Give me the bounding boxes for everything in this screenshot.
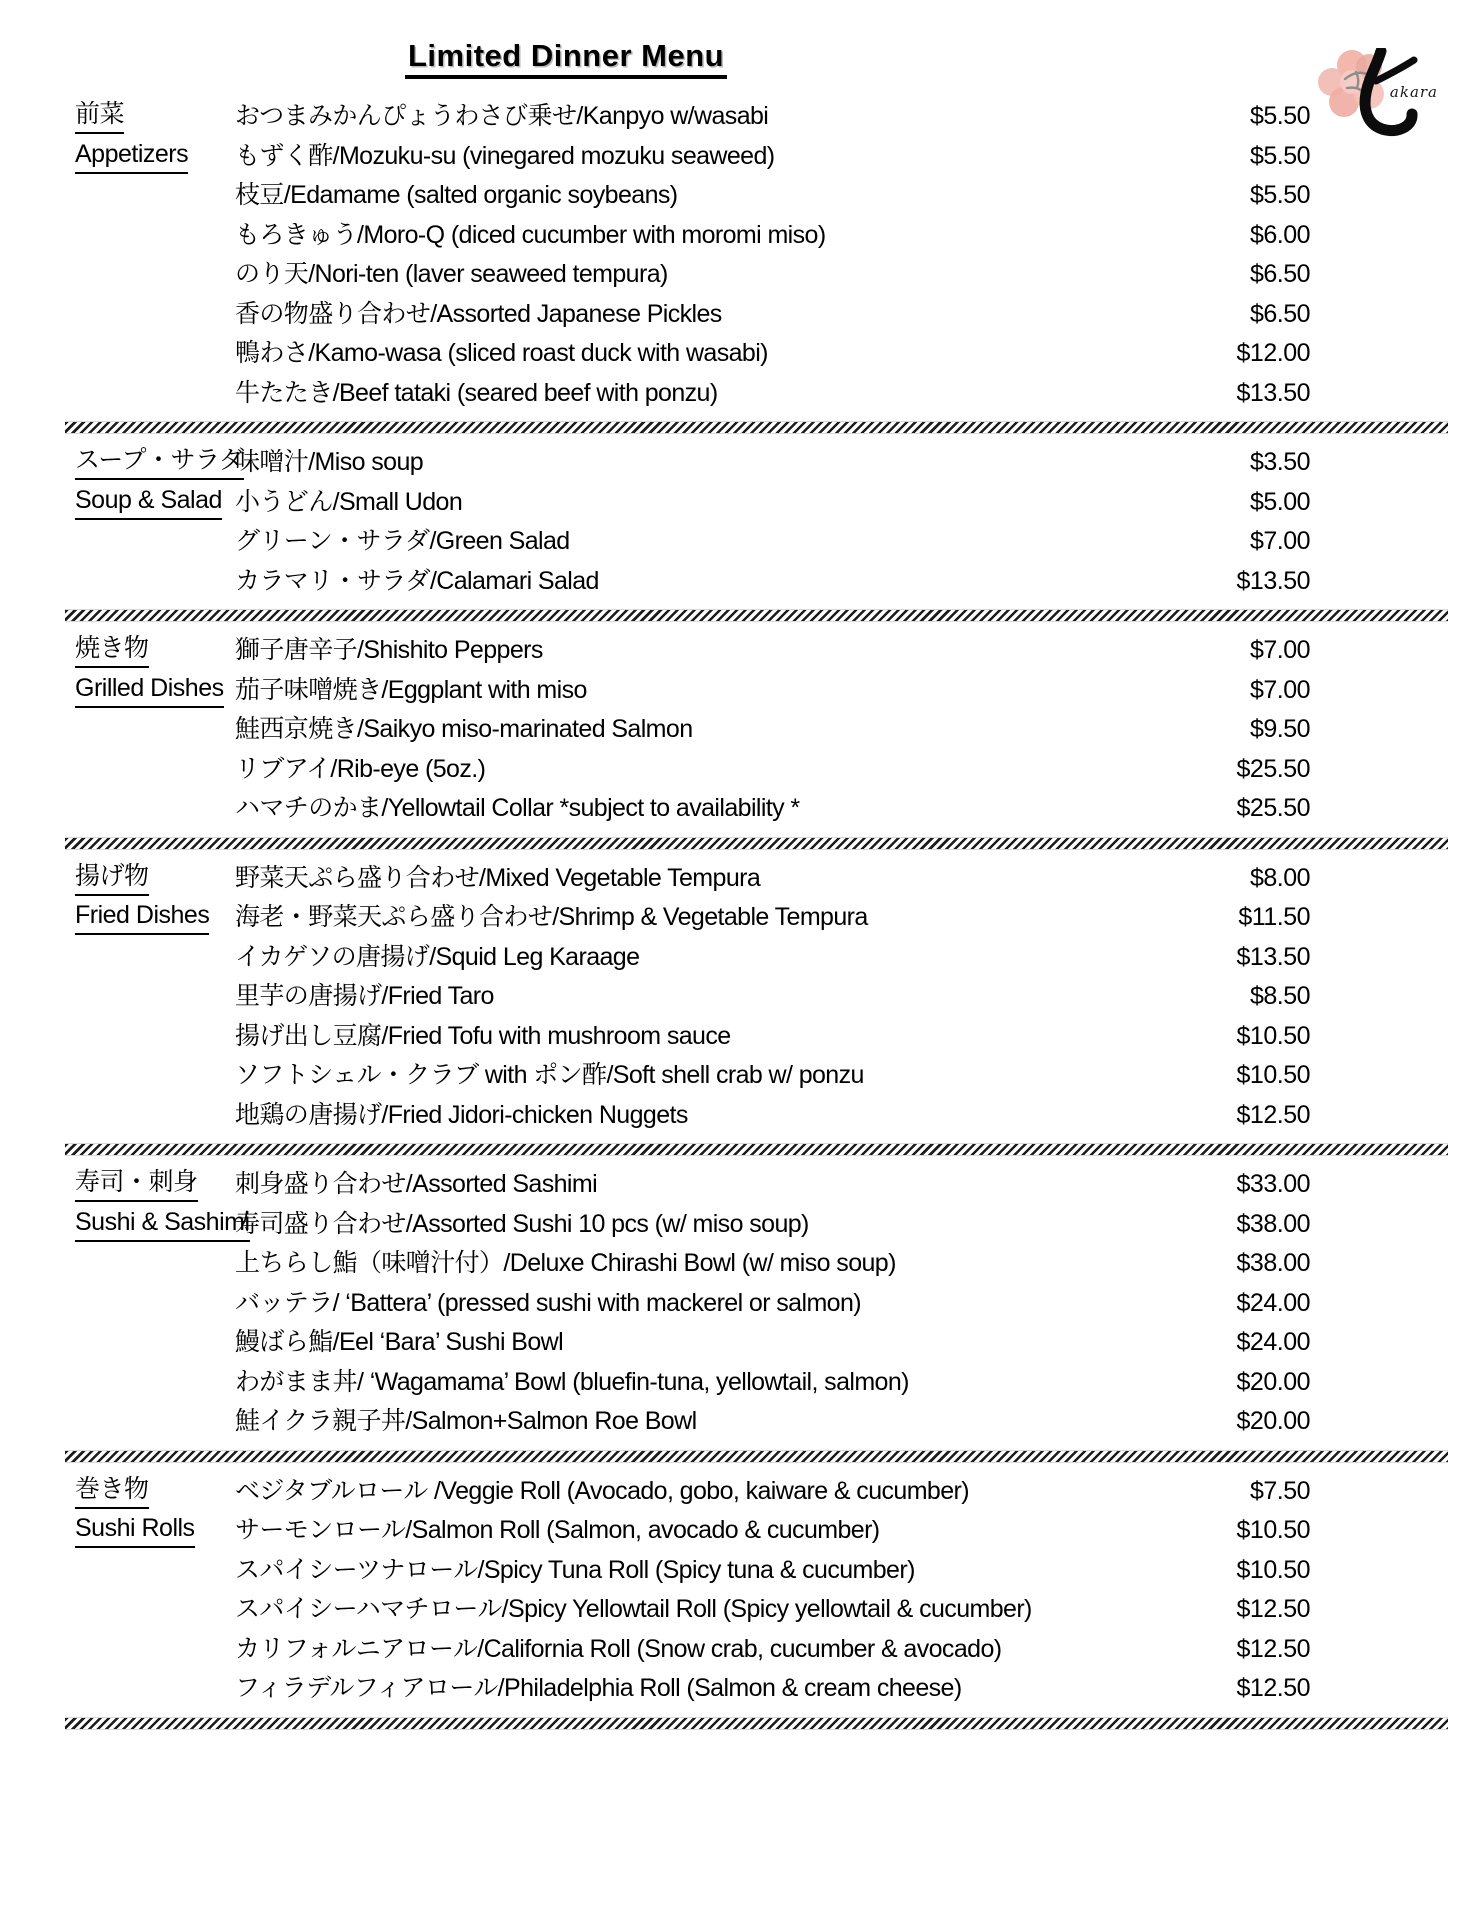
item-name: のり天/Nori-ten (laver seaweed tempura)	[235, 255, 1198, 295]
menu-item-row: カリフォルニアロール/California Roll (Snow crab, c…	[235, 1630, 1448, 1670]
section-divider	[65, 1450, 1448, 1463]
item-price: $6.00	[1198, 216, 1310, 256]
section-divider	[65, 1717, 1448, 1730]
item-price: $24.00	[1198, 1323, 1310, 1363]
item-name: スパイシーツナロール/Spicy Tuna Roll (Spicy tuna &…	[235, 1551, 1198, 1591]
menu-item-row: 鴨わさ/Kamo-wasa (sliced roast duck with wa…	[235, 334, 1448, 374]
item-name: サーモンロール/Salmon Roll (Salmon, avocado & c…	[235, 1511, 1198, 1551]
item-price: $5.00	[1198, 483, 1310, 523]
item-name: 里芋の唐揚げ/Fried Taro	[235, 977, 1198, 1017]
menu-sections: 前菜Appetizersおつまみかんぴょうわさび乗せ/Kanpyo w/wasa…	[65, 97, 1448, 1730]
menu-item-row: サーモンロール/Salmon Roll (Salmon, avocado & c…	[235, 1511, 1448, 1551]
item-price: $7.00	[1198, 671, 1310, 711]
menu-item-row: 里芋の唐揚げ/Fried Taro$8.50	[235, 977, 1448, 1017]
item-price: $38.00	[1198, 1244, 1310, 1284]
item-name: 牛たたき/Beef tataki (seared beef with ponzu…	[235, 374, 1198, 414]
section-label: 揚げ物Fried Dishes	[65, 859, 235, 938]
item-name: 茄子味噌焼き/Eggplant with miso	[235, 671, 1198, 711]
menu-item-row: 鰻ばら鮨/Eel ‘Bara’ Sushi Bowl$24.00	[235, 1323, 1448, 1363]
item-price: $7.00	[1198, 522, 1310, 562]
item-name: フィラデルフィアロール/Philadelphia Roll (Salmon & …	[235, 1669, 1198, 1709]
menu-item-row: 味噌汁/Miso soup$3.50	[235, 443, 1448, 483]
item-name: ハマチのかま/Yellowtail Collar *subject to ava…	[235, 789, 1198, 829]
menu-section-soup-salad: スープ・サラダSoup & Salad味噌汁/Miso soup$3.50小うど…	[65, 443, 1448, 601]
header: Limited Dinner Menu	[65, 38, 1448, 88]
menu-item-row: リブアイ/Rib-eye (5oz.)$25.50	[235, 750, 1448, 790]
item-price: $25.50	[1198, 750, 1310, 790]
menu-item-row: のり天/Nori-ten (laver seaweed tempura)$6.5…	[235, 255, 1448, 295]
menu-section-appetizers: 前菜Appetizersおつまみかんぴょうわさび乗せ/Kanpyo w/wasa…	[65, 97, 1448, 413]
item-price: $24.00	[1198, 1284, 1310, 1324]
section-items: 野菜天ぷら盛り合わせ/Mixed Vegetable Tempura$8.00海…	[235, 859, 1448, 1136]
item-name: 鰻ばら鮨/Eel ‘Bara’ Sushi Bowl	[235, 1323, 1198, 1363]
menu-item-row: イカゲソの唐揚げ/Squid Leg Karaage$13.50	[235, 938, 1448, 978]
item-price: $25.50	[1198, 789, 1310, 829]
item-name: ソフトシェル・クラブ with ポン酢/Soft shell crab w/ p…	[235, 1056, 1198, 1096]
menu-item-row: 刺身盛り合わせ/Assorted Sashimi$33.00	[235, 1165, 1448, 1205]
item-name: スパイシーハマチロール/Spicy Yellowtail Roll (Spicy…	[235, 1590, 1198, 1630]
section-label: 巻き物Sushi Rolls	[65, 1472, 235, 1551]
item-name: もろきゅう/Moro-Q (diced cucumber with moromi…	[235, 216, 1198, 256]
menu-item-row: 茄子味噌焼き/Eggplant with miso$7.00	[235, 671, 1448, 711]
item-name: 獅子唐辛子/Shishito Peppers	[235, 631, 1198, 671]
section-label-en: Grilled Dishes	[75, 671, 224, 708]
section-label-en: Appetizers	[75, 137, 188, 174]
menu-item-row: 上ちらし鮨（味噌汁付）/Deluxe Chirashi Bowl (w/ mis…	[235, 1244, 1448, 1284]
section-label: 焼き物Grilled Dishes	[65, 631, 235, 710]
section-items: 刺身盛り合わせ/Assorted Sashimi$33.00寿司盛り合わせ/As…	[235, 1165, 1448, 1442]
menu-page: Limited Dinner Menu akara 前菜Appetizersおつ…	[0, 0, 1484, 1920]
menu-section-sushi-rolls: 巻き物Sushi Rollsベジタブルロール /Veggie Roll (Avo…	[65, 1472, 1448, 1709]
section-items: ベジタブルロール /Veggie Roll (Avocado, gobo, ka…	[235, 1472, 1448, 1709]
section-label: 前菜Appetizers	[65, 97, 235, 176]
item-price: $33.00	[1198, 1165, 1310, 1205]
item-name: もずく酢/Mozuku-su (vinegared mozuku seaweed…	[235, 137, 1198, 177]
item-name: 上ちらし鮨（味噌汁付）/Deluxe Chirashi Bowl (w/ mis…	[235, 1244, 1198, 1284]
item-name: 地鶏の唐揚げ/Fried Jidori-chicken Nuggets	[235, 1096, 1198, 1136]
item-price: $10.50	[1198, 1017, 1310, 1057]
menu-item-row: 鮭西京焼き/Saikyo miso-marinated Salmon$9.50	[235, 710, 1448, 750]
page-title: Limited Dinner Menu	[405, 38, 727, 79]
section-label-jp: 焼き物	[75, 631, 149, 668]
item-name: バッテラ/ ‘Battera’ (pressed sushi with mack…	[235, 1284, 1198, 1324]
menu-item-row: 地鶏の唐揚げ/Fried Jidori-chicken Nuggets$12.5…	[235, 1096, 1448, 1136]
menu-item-row: 香の物盛り合わせ/Assorted Japanese Pickles$6.50	[235, 295, 1448, 335]
item-name: イカゲソの唐揚げ/Squid Leg Karaage	[235, 938, 1198, 978]
menu-item-row: スパイシーツナロール/Spicy Tuna Roll (Spicy tuna &…	[235, 1551, 1448, 1591]
item-price: $12.50	[1198, 1669, 1310, 1709]
item-price: $9.50	[1198, 710, 1310, 750]
item-price: $7.00	[1198, 631, 1310, 671]
menu-item-row: もずく酢/Mozuku-su (vinegared mozuku seaweed…	[235, 137, 1448, 177]
section-label-en: Fried Dishes	[75, 898, 209, 935]
item-price: $5.50	[1198, 176, 1310, 216]
section-divider	[65, 1143, 1448, 1156]
item-name: 鴨わさ/Kamo-wasa (sliced roast duck with wa…	[235, 334, 1198, 374]
item-price: $13.50	[1198, 562, 1310, 602]
menu-section-grilled-dishes: 焼き物Grilled Dishes獅子唐辛子/Shishito Peppers$…	[65, 631, 1448, 829]
menu-item-row: 小うどん/Small Udon$5.00	[235, 483, 1448, 523]
item-name: わがまま丼/ ‘Wagamama’ Bowl (bluefin-tuna, ye…	[235, 1363, 1198, 1403]
section-label-jp: 巻き物	[75, 1472, 149, 1509]
item-name: 枝豆/Edamame (salted organic soybeans)	[235, 176, 1198, 216]
item-price: $10.50	[1198, 1511, 1310, 1551]
item-price: $38.00	[1198, 1205, 1310, 1245]
menu-item-row: ベジタブルロール /Veggie Roll (Avocado, gobo, ka…	[235, 1472, 1448, 1512]
menu-section-sushi-sashimi: 寿司・刺身Sushi & Sashimi刺身盛り合わせ/Assorted Sas…	[65, 1165, 1448, 1442]
menu-item-row: 獅子唐辛子/Shishito Peppers$7.00	[235, 631, 1448, 671]
item-name: カリフォルニアロール/California Roll (Snow crab, c…	[235, 1630, 1198, 1670]
item-price: $8.00	[1198, 859, 1310, 899]
item-price: $20.00	[1198, 1363, 1310, 1403]
item-price: $12.50	[1198, 1096, 1310, 1136]
item-name: グリーン・サラダ/Green Salad	[235, 522, 1198, 562]
menu-item-row: バッテラ/ ‘Battera’ (pressed sushi with mack…	[235, 1284, 1448, 1324]
menu-item-row: 枝豆/Edamame (salted organic soybeans)$5.5…	[235, 176, 1448, 216]
item-name: 野菜天ぷら盛り合わせ/Mixed Vegetable Tempura	[235, 859, 1198, 899]
item-price: $20.00	[1198, 1402, 1310, 1442]
item-name: 揚げ出し豆腐/Fried Tofu with mushroom sauce	[235, 1017, 1198, 1057]
item-price: $13.50	[1198, 374, 1310, 414]
item-name: 寿司盛り合わせ/Assorted Sushi 10 pcs (w/ miso s…	[235, 1205, 1198, 1245]
item-price: $7.50	[1198, 1472, 1310, 1512]
item-name: 小うどん/Small Udon	[235, 483, 1198, 523]
section-label-en: Sushi Rolls	[75, 1511, 195, 1548]
menu-item-row: ハマチのかま/Yellowtail Collar *subject to ava…	[235, 789, 1448, 829]
section-label-jp: 寿司・刺身	[75, 1165, 198, 1202]
menu-section-fried-dishes: 揚げ物Fried Dishes野菜天ぷら盛り合わせ/Mixed Vegetabl…	[65, 859, 1448, 1136]
section-label-en: Soup & Salad	[75, 483, 222, 520]
section-label-jp: スープ・サラダ	[75, 443, 244, 480]
section-items: 獅子唐辛子/Shishito Peppers$7.00茄子味噌焼き/Eggpla…	[235, 631, 1448, 829]
menu-item-row: スパイシーハマチロール/Spicy Yellowtail Roll (Spicy…	[235, 1590, 1448, 1630]
section-items: 味噌汁/Miso soup$3.50小うどん/Small Udon$5.00グリ…	[235, 443, 1448, 601]
section-label-jp: 揚げ物	[75, 859, 149, 896]
item-name: 味噌汁/Miso soup	[235, 443, 1198, 483]
menu-item-row: ソフトシェル・クラブ with ポン酢/Soft shell crab w/ p…	[235, 1056, 1448, 1096]
section-label-jp: 前菜	[75, 97, 124, 134]
item-price: $5.50	[1198, 137, 1310, 177]
item-name: 刺身盛り合わせ/Assorted Sashimi	[235, 1165, 1198, 1205]
item-name: カラマリ・サラダ/Calamari Salad	[235, 562, 1198, 602]
item-name: 海老・野菜天ぷら盛り合わせ/Shrimp & Vegetable Tempura	[235, 898, 1198, 938]
item-name: 香の物盛り合わせ/Assorted Japanese Pickles	[235, 295, 1198, 335]
section-label-en: Sushi & Sashimi	[75, 1205, 250, 1242]
item-name: 鮭西京焼き/Saikyo miso-marinated Salmon	[235, 710, 1198, 750]
menu-item-row: グリーン・サラダ/Green Salad$7.00	[235, 522, 1448, 562]
item-name: おつまみかんぴょうわさび乗せ/Kanpyo w/wasabi	[235, 97, 1198, 137]
section-label: スープ・サラダSoup & Salad	[65, 443, 235, 522]
item-price: $3.50	[1198, 443, 1310, 483]
menu-item-row: 海老・野菜天ぷら盛り合わせ/Shrimp & Vegetable Tempura…	[235, 898, 1448, 938]
menu-item-row: 野菜天ぷら盛り合わせ/Mixed Vegetable Tempura$8.00	[235, 859, 1448, 899]
takara-logo: akara	[1318, 48, 1440, 150]
menu-item-row: もろきゅう/Moro-Q (diced cucumber with moromi…	[235, 216, 1448, 256]
menu-item-row: おつまみかんぴょうわさび乗せ/Kanpyo w/wasabi$5.50	[235, 97, 1448, 137]
section-divider	[65, 421, 1448, 434]
item-price: $12.50	[1198, 1630, 1310, 1670]
menu-item-row: わがまま丼/ ‘Wagamama’ Bowl (bluefin-tuna, ye…	[235, 1363, 1448, 1403]
menu-item-row: フィラデルフィアロール/Philadelphia Roll (Salmon & …	[235, 1669, 1448, 1709]
item-name: 鮭イクラ親子丼/Salmon+Salmon Roe Bowl	[235, 1402, 1198, 1442]
item-price: $12.00	[1198, 334, 1310, 374]
menu-item-row: 鮭イクラ親子丼/Salmon+Salmon Roe Bowl$20.00	[235, 1402, 1448, 1442]
section-divider	[65, 609, 1448, 622]
section-items: おつまみかんぴょうわさび乗せ/Kanpyo w/wasabi$5.50もずく酢/…	[235, 97, 1448, 413]
logo-text: akara	[1390, 83, 1438, 101]
item-name: リブアイ/Rib-eye (5oz.)	[235, 750, 1198, 790]
section-label: 寿司・刺身Sushi & Sashimi	[65, 1165, 235, 1244]
item-price: $6.50	[1198, 255, 1310, 295]
item-price: $13.50	[1198, 938, 1310, 978]
item-price: $10.50	[1198, 1551, 1310, 1591]
menu-item-row: カラマリ・サラダ/Calamari Salad$13.50	[235, 562, 1448, 602]
item-price: $12.50	[1198, 1590, 1310, 1630]
item-price: $11.50	[1198, 898, 1310, 938]
item-price: $6.50	[1198, 295, 1310, 335]
menu-item-row: 寿司盛り合わせ/Assorted Sushi 10 pcs (w/ miso s…	[235, 1205, 1448, 1245]
item-price: $5.50	[1198, 97, 1310, 137]
menu-item-row: 揚げ出し豆腐/Fried Tofu with mushroom sauce$10…	[235, 1017, 1448, 1057]
item-name: ベジタブルロール /Veggie Roll (Avocado, gobo, ka…	[235, 1472, 1198, 1512]
item-price: $8.50	[1198, 977, 1310, 1017]
item-price: $10.50	[1198, 1056, 1310, 1096]
section-divider	[65, 837, 1448, 850]
menu-item-row: 牛たたき/Beef tataki (seared beef with ponzu…	[235, 374, 1448, 414]
